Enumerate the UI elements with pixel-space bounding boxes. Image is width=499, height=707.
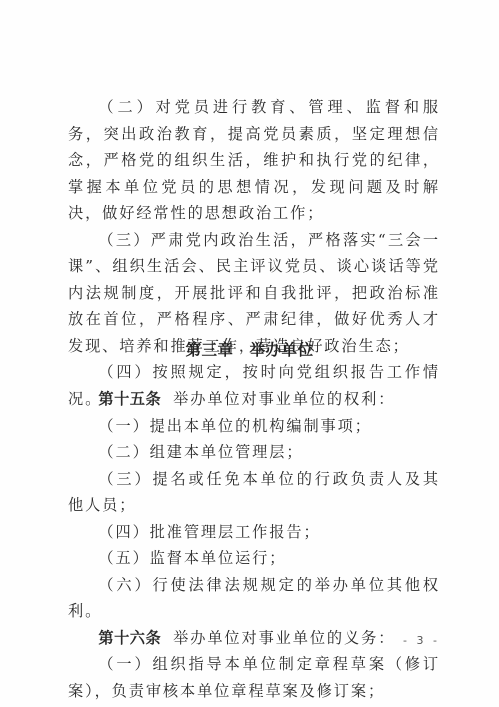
article-number: 第十六条 bbox=[98, 629, 161, 647]
chapter-heading: 第三章举办单位 bbox=[0, 338, 499, 360]
article-15-item-5: （五）监督本单位运行； bbox=[68, 545, 440, 572]
article-16-item-1: （一）组织指导本单位制定章程草案（修订案），负责审核本单位章程草案及修订案； bbox=[68, 651, 440, 704]
article-15-item-2: （二）组建本单位管理层； bbox=[68, 439, 440, 466]
document-page: （二）对党员进行教育、管理、监督和服务，突出政治教育，提高党员素质，坚定理想信念… bbox=[0, 0, 499, 707]
articles-text: 第十五条举办单位对事业单位的权利： （一）提出本单位的机构编制事项； （二）组建… bbox=[68, 386, 440, 704]
article-15-item-6: （六）行使法律法规规定的举办单位其他权利。 bbox=[68, 572, 440, 625]
article-16-heading: 第十六条举办单位对事业单位的义务： bbox=[68, 625, 440, 652]
article-15-item-1: （一）提出本单位的机构编制事项； bbox=[68, 413, 440, 440]
article-heading-text: 举办单位对事业单位的义务： bbox=[173, 629, 395, 647]
paragraph-item-2: （二）对党员进行教育、管理、监督和服务，突出政治教育，提高党员素质，坚定理想信念… bbox=[68, 94, 440, 227]
chapter-title: 举办单位 bbox=[250, 341, 314, 359]
section-before-text: （二）对党员进行教育、管理、监督和服务，突出政治教育，提高党员素质，坚定理想信念… bbox=[68, 94, 440, 412]
page-number: - 3 - bbox=[403, 634, 440, 647]
article-15-item-3: （三）提名或任免本单位的行政负责人及其他人员； bbox=[68, 466, 440, 519]
chapter-number: 第三章 bbox=[185, 341, 233, 359]
article-15-heading: 第十五条举办单位对事业单位的权利： bbox=[68, 386, 440, 413]
article-15-item-4: （四）批准管理层工作报告； bbox=[68, 519, 440, 546]
article-number: 第十五条 bbox=[98, 390, 161, 408]
article-heading-text: 举办单位对事业单位的权利： bbox=[173, 390, 395, 408]
